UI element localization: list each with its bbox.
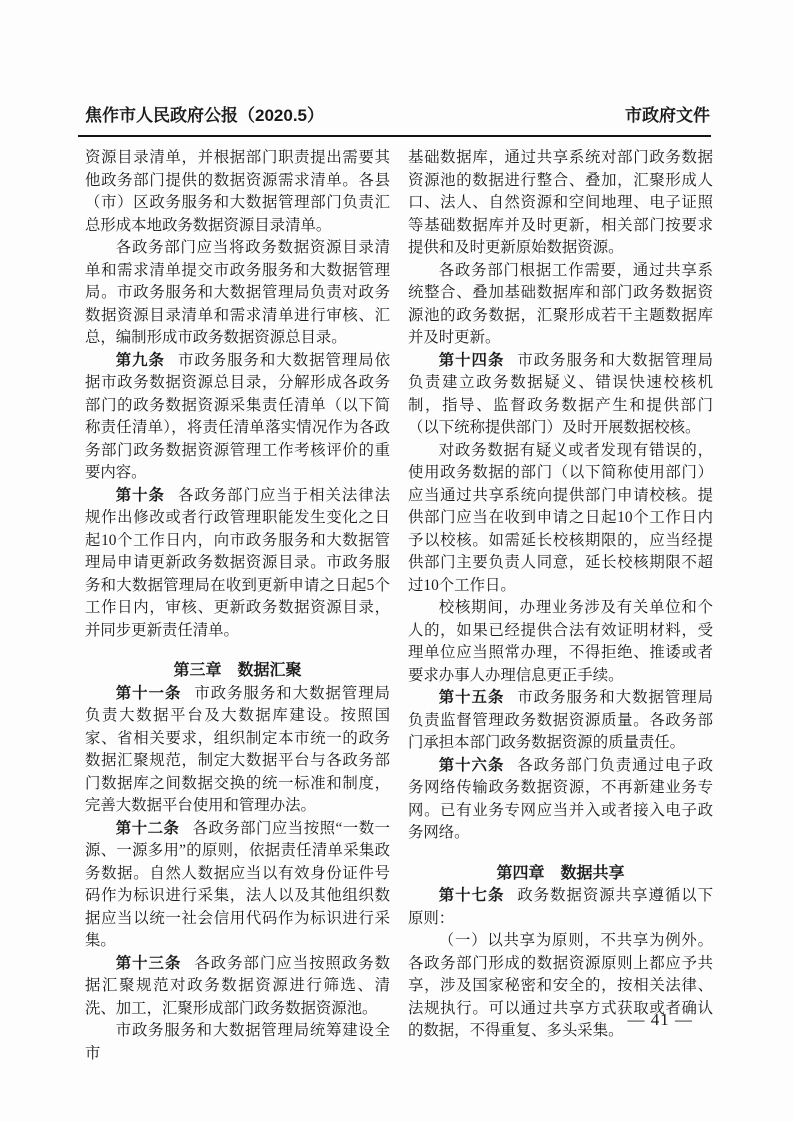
- body-paragraph: 第十一条市政务服务和大数据管理局负责大数据平台及大数据库建设。按照国家、省相关要…: [85, 683, 390, 818]
- chapter-heading: 第四章 数据共享: [408, 863, 713, 886]
- article-number-label: 第十五条: [439, 689, 518, 706]
- left-column: 资源目录清单，并根据部门职责提出需要其他政务部门提供的数据资源需求清单。各县（市…: [85, 147, 390, 1065]
- document-category: 市政府文件: [625, 106, 710, 126]
- body-paragraph: 基础数据库，通过共享系统对部门政务数据资源池的数据进行整合、叠加，汇聚形成人口、…: [408, 147, 713, 260]
- gazette-title: 焦作市人民政府公报（2020.5）: [85, 106, 324, 126]
- body-paragraph: 第十七条政务数据资源共享遵循以下原则：: [408, 885, 713, 930]
- document-page: 焦作市人民政府公报（2020.5） 市政府文件 资源目录清单，并根据部门职责提出…: [0, 0, 793, 1122]
- body-paragraph: 校核期间，办理业务涉及有关单位和个人的，如果已经提供合法有效证明材料，受理单位应…: [408, 597, 713, 687]
- body-paragraph: 对政务数据有疑义或者发现有错误的，使用政务数据的部门（以下简称使用部门）应当通过…: [408, 440, 713, 598]
- chapter-heading: 第三章 数据汇聚: [85, 660, 390, 683]
- body-paragraph: 各政务部门根据工作需要，通过共享系统整合、叠加基础数据库和部门政务数据资源池的政…: [408, 260, 713, 350]
- article-number-label: 第十三条: [116, 955, 195, 972]
- body-paragraph: 第十条各政务部门应当于相关法律法规作出修改或者行政管理职能发生变化之日起10个工…: [85, 485, 390, 643]
- article-number-label: 第十条: [116, 487, 178, 504]
- article-number-label: 第九条: [116, 352, 178, 369]
- body-paragraph: 第十二条各政务部门应当按照“一数一源、一源多用”的原则，依据责任清单采集政务数据…: [85, 818, 390, 953]
- body-paragraph: 第十三条各政务部门应当按照政务数据汇聚规范对政务数据资源进行筛选、清洗、加工，汇…: [85, 953, 390, 1021]
- article-number-label: 第十六条: [439, 757, 518, 774]
- article-number-label: 第十七条: [439, 887, 518, 904]
- body-paragraph: 第九条市政务服务和大数据管理局依据市政务数据资源总目录，分解形成各政务部门的政务…: [85, 350, 390, 485]
- article-number-label: 第十二条: [116, 820, 193, 837]
- header-rule: [78, 135, 711, 137]
- article-number-label: 第十四条: [439, 352, 518, 369]
- right-column: 基础数据库，通过共享系统对部门政务数据资源池的数据进行整合、叠加，汇聚形成人口、…: [408, 147, 713, 1065]
- text-columns: 资源目录清单，并根据部门职责提出需要其他政务部门提供的数据资源需求清单。各县（市…: [85, 147, 713, 1065]
- page-number: — 41 —: [628, 1010, 694, 1030]
- body-paragraph: 市政务服务和大数据管理局统筹建设全市: [85, 1020, 390, 1065]
- article-number-label: 第十一条: [116, 685, 195, 702]
- body-paragraph: 第十六条各政务部门负责通过电子政务网络传输政务数据资源，不再新建业务专网。已有业…: [408, 755, 713, 845]
- body-paragraph: 第十四条市政务服务和大数据管理局负责建立政务数据疑义、错误快速校核机制，指导、监…: [408, 350, 713, 440]
- body-paragraph: 各政务部门应当将政务数据资源目录清单和需求清单提交市政务服务和大数据管理局。市政…: [85, 237, 390, 350]
- body-paragraph: 第十五条市政务服务和大数据管理局负责监督管理政务数据资源质量。各政务部门承担本部…: [408, 687, 713, 755]
- body-paragraph: 资源目录清单，并根据部门职责提出需要其他政务部门提供的数据资源需求清单。各县（市…: [85, 147, 390, 237]
- page-header: 焦作市人民政府公报（2020.5） 市政府文件: [85, 106, 710, 126]
